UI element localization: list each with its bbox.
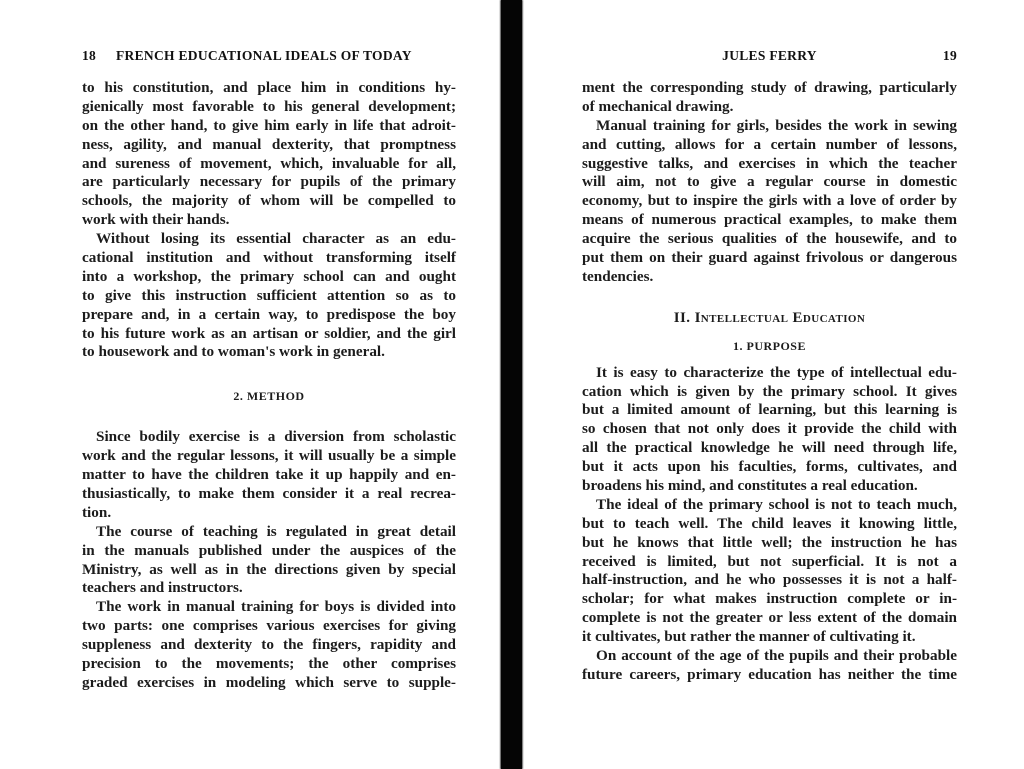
spacer: [582, 287, 957, 309]
paragraph-start: Since bodily exercise is a diversion fro…: [82, 428, 456, 447]
text-line: ness, agility, and manual dexterity, tha…: [82, 136, 456, 155]
text-line: schools, the majority of whom will be co…: [82, 192, 456, 211]
text-line: graded exercises in modeling which serve…: [82, 674, 456, 693]
text-line: cational institution and without transfo…: [82, 249, 456, 268]
left-body-text: to his constitution, and place him in co…: [82, 79, 456, 693]
left-page: 18 FRENCH EDUCATIONAL IDEALS OF TODAY to…: [0, 0, 501, 769]
paragraph-start: It is easy to characterize the type of i…: [582, 364, 957, 383]
text-line: half-instruction, and he who possesses i…: [582, 571, 957, 590]
text-line: all the practical knowledge he will need…: [582, 439, 957, 458]
right-page: JULES FERRY 19 ment the corresponding st…: [522, 0, 1024, 769]
text-line: of mechanical drawing.: [582, 98, 957, 117]
spacer: [82, 362, 456, 387]
text-line: are particularly necessary for pupils of…: [82, 173, 456, 192]
text-line: but he knows that little well; the instr…: [582, 534, 957, 553]
text-line: work and the regular lessons, it will us…: [82, 447, 456, 466]
text-line: in the manuals published under the auspi…: [82, 542, 456, 561]
right-running-head: JULES FERRY 19: [582, 48, 957, 66]
running-head-title: FRENCH EDUCATIONAL IDEALS OF TODAY: [116, 48, 412, 64]
paragraph-start: The work in manual training for boys is …: [82, 598, 456, 617]
paragraph-start: The ideal of the primary school is not t…: [582, 496, 957, 515]
paragraph-start: The course of teaching is regulated in g…: [82, 523, 456, 542]
running-head-title: JULES FERRY: [582, 48, 957, 64]
section-heading-method: 2. METHOD: [82, 387, 456, 406]
text-line: Ministry, as well as in the directions g…: [82, 561, 456, 580]
text-line: thusiastically, to make them consider it…: [82, 485, 456, 504]
text-line: tendencies.: [582, 268, 957, 287]
book-spread: 18 FRENCH EDUCATIONAL IDEALS OF TODAY to…: [0, 0, 1024, 769]
page-number: 18: [82, 48, 96, 64]
text-line: ment the corresponding study of drawing,…: [582, 79, 957, 98]
text-line: tion.: [82, 504, 456, 523]
text-line: into a workshop, the primary school can …: [82, 268, 456, 287]
text-line: suggestive talks, and exercises in which…: [582, 155, 957, 174]
text-line: teachers and instructors.: [82, 579, 456, 598]
text-line: received is limited, but not superficial…: [582, 553, 957, 572]
text-line: but to teach well. The child leaves it k…: [582, 515, 957, 534]
book-spine-gutter: [501, 0, 522, 769]
text-line: precision to the movements; the other co…: [82, 655, 456, 674]
text-line: to give this instruction sufficient atte…: [82, 287, 456, 306]
text-line: prepare and, in a certain way, to predis…: [82, 306, 456, 325]
text-line: means of numerous practical examples, to…: [582, 211, 957, 230]
text-line: to housework and to woman's work in gene…: [82, 343, 456, 362]
text-line: acquire the serious qualities of the hou…: [582, 230, 957, 249]
text-line: future careers, primary education has ne…: [582, 666, 957, 685]
text-line: complete is not the greater or less exte…: [582, 609, 957, 628]
text-line: gienically most favorable to his general…: [82, 98, 456, 117]
text-line: it cultivates, but rather the manner of …: [582, 628, 957, 647]
paragraph-start: Manual training for girls, besides the w…: [582, 117, 957, 136]
spacer: [582, 328, 957, 337]
text-line: on the other hand, to give him early in …: [82, 117, 456, 136]
text-line: so chosen that not only does it provide …: [582, 420, 957, 439]
paragraph-start: On account of the age of the pupils and …: [582, 647, 957, 666]
page-number: 19: [943, 48, 957, 64]
paragraph-start: Without losing its essential character a…: [82, 230, 456, 249]
left-running-head: 18 FRENCH EDUCATIONAL IDEALS OF TODAY: [82, 48, 456, 66]
spacer: [82, 406, 456, 428]
text-line: cation which is given by the primary sch…: [582, 383, 957, 402]
right-body-text: ment the corresponding study of drawing,…: [582, 79, 957, 685]
text-line: two parts: one comprises various exercis…: [82, 617, 456, 636]
text-line: suppleness and dexterity to the fingers,…: [82, 636, 456, 655]
section-heading-purpose: 1. PURPOSE: [582, 337, 957, 356]
text-line: but it acts upon his faculties, forms, c…: [582, 458, 957, 477]
text-line: broadens his mind, and constitutes a rea…: [582, 477, 957, 496]
spacer: [582, 356, 957, 364]
text-line: will aim, not to give a regular course i…: [582, 173, 957, 192]
text-line: but a limited amount of learning, but th…: [582, 401, 957, 420]
text-line: and cutting, allows for a certain number…: [582, 136, 957, 155]
text-line: work with their hands.: [82, 211, 456, 230]
text-line: put them on their guard against frivolou…: [582, 249, 957, 268]
chapter-section-heading: II. Intellectual Education: [582, 309, 957, 328]
text-line: scholar; for what makes instruction comp…: [582, 590, 957, 609]
text-line: and sureness of movement, which, invalua…: [82, 155, 456, 174]
text-line: to his constitution, and place him in co…: [82, 79, 456, 98]
text-line: economy, but to inspire the girls with a…: [582, 192, 957, 211]
text-line: to his future work as an artisan or sold…: [82, 325, 456, 344]
text-line: matter to have the children take it up h…: [82, 466, 456, 485]
